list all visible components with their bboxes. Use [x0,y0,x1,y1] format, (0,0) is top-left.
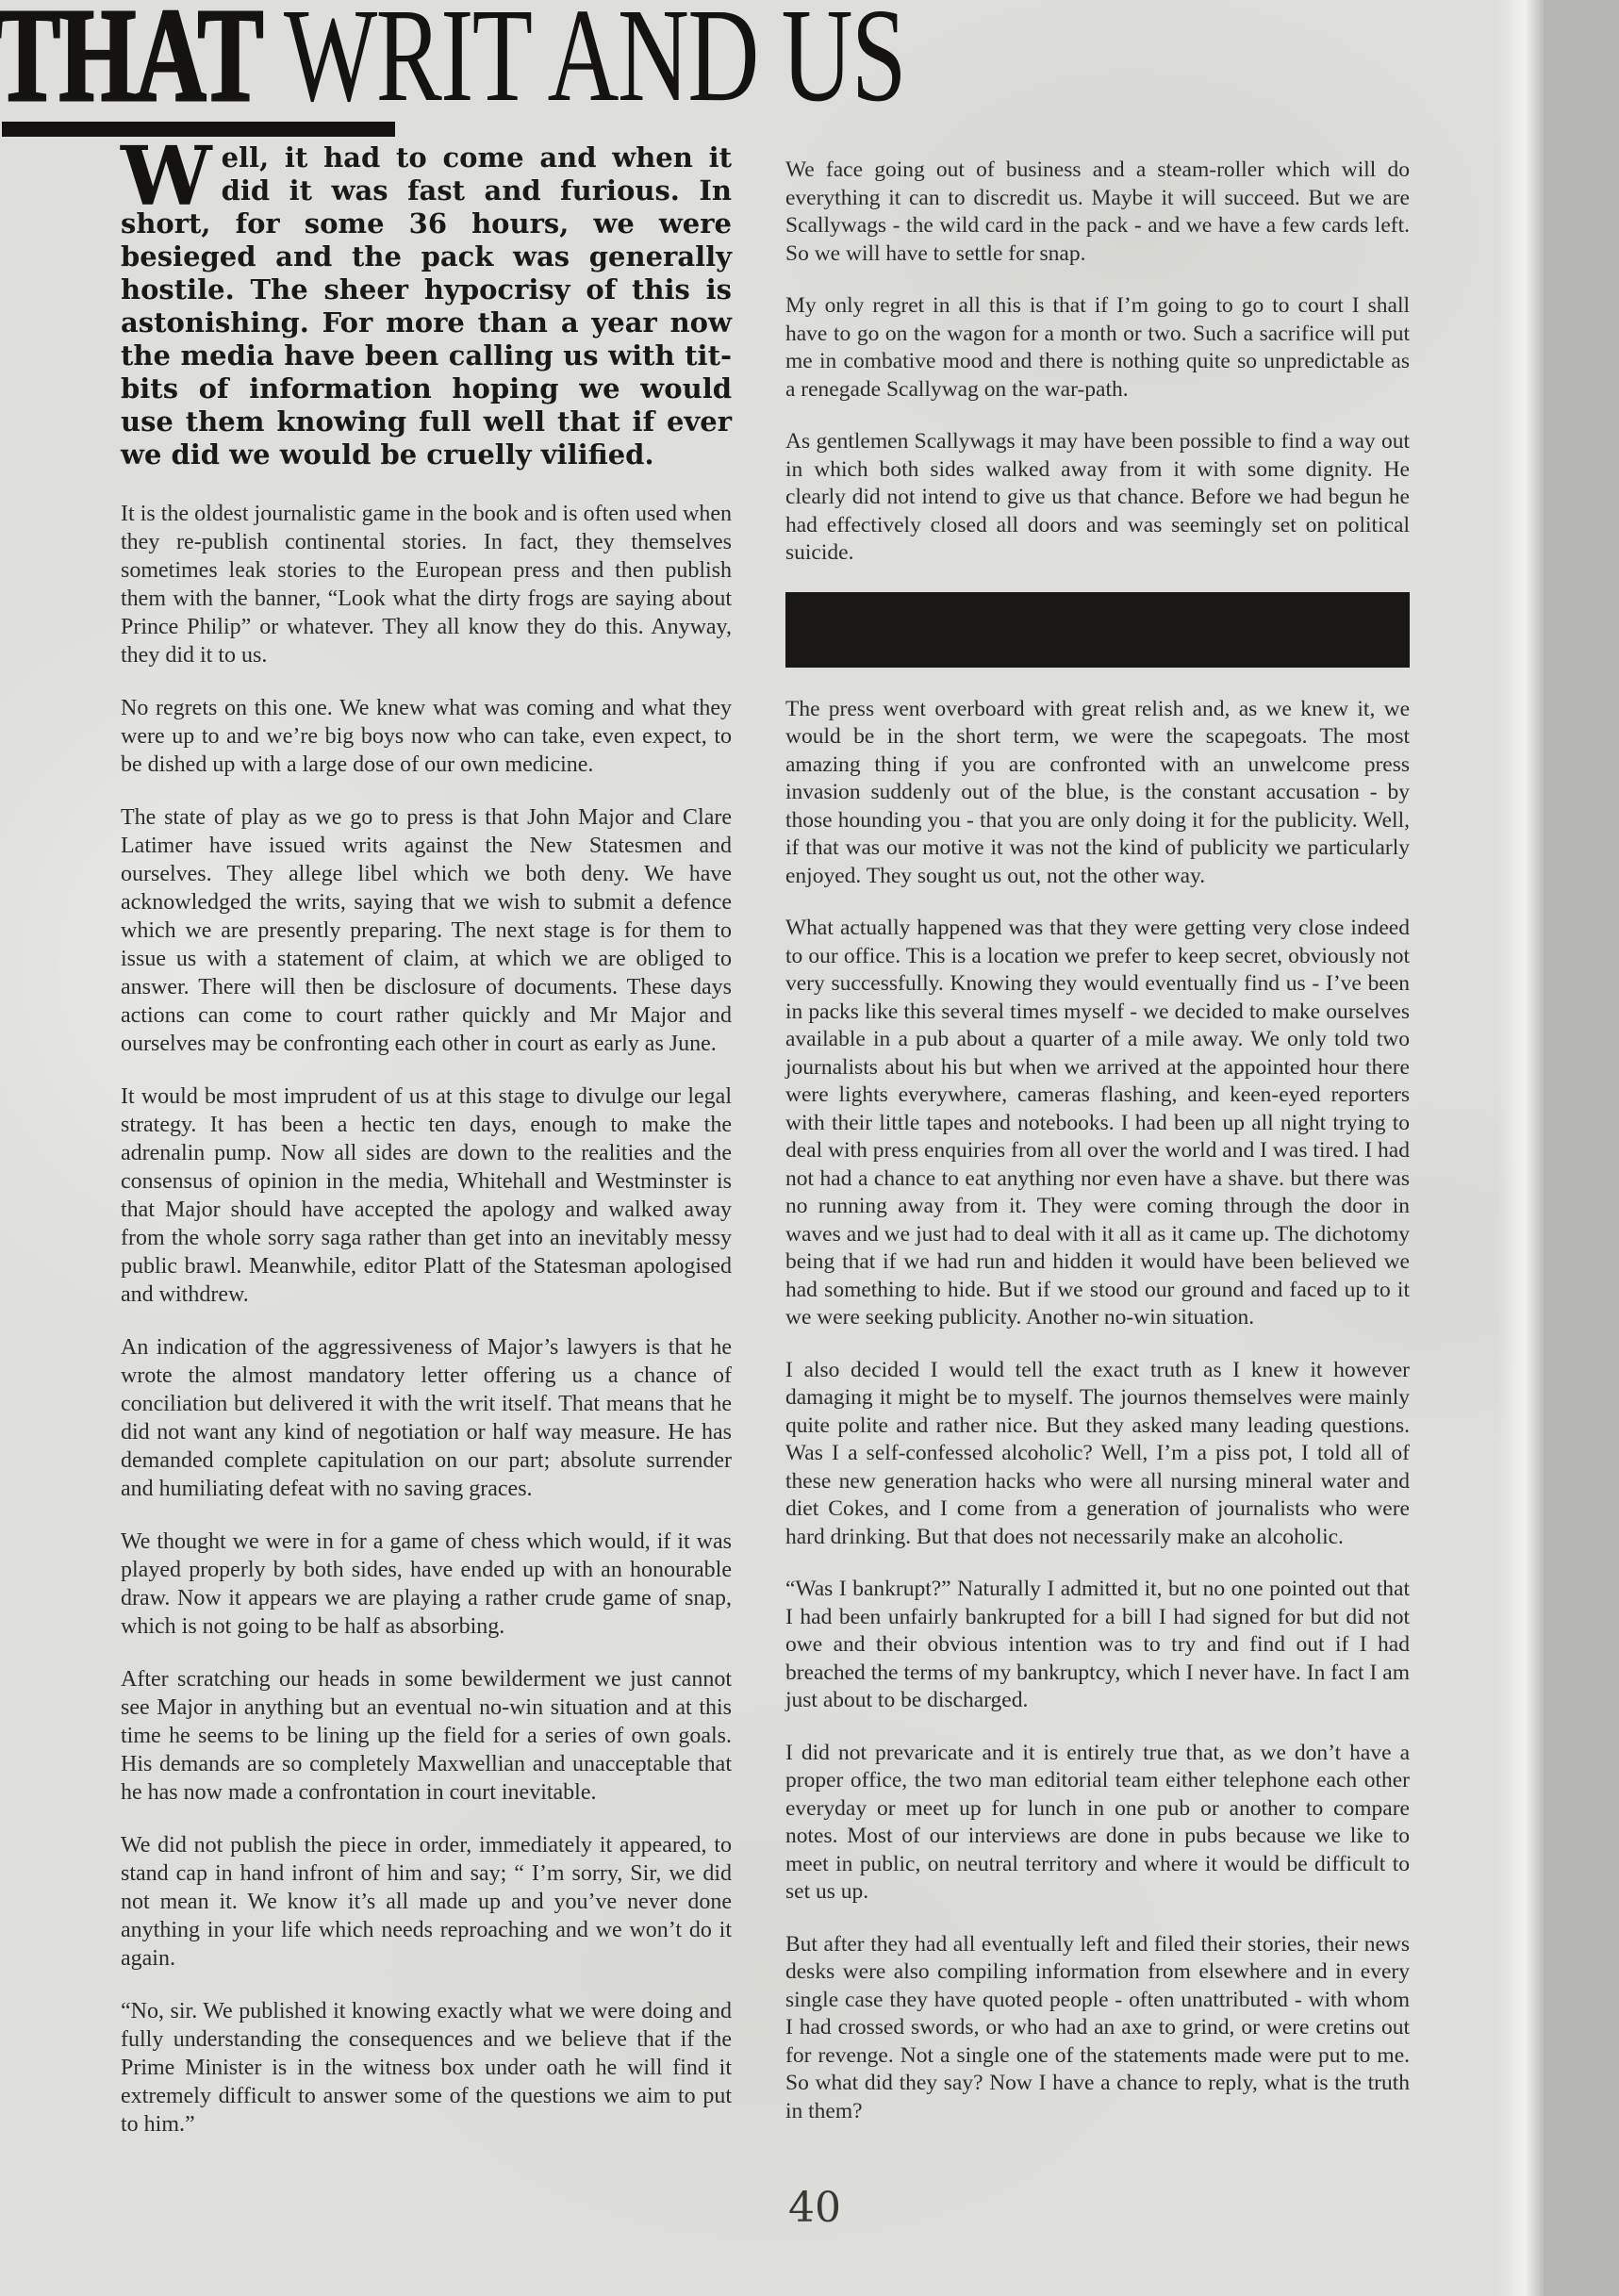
left-paragraph-list: It is the oldest journalistic game in th… [121,500,732,2139]
paragraph: As gentlemen Scallywags it may have been… [785,428,1410,568]
paragraph: An indication of the aggressiveness of M… [121,1333,732,1503]
headline-underlined-word: THAT [0,0,262,129]
paragraph: “Was I bankrupt?” Naturally I admitted i… [785,1576,1410,1715]
paragraph: We face going out of business and a stea… [785,157,1410,268]
dropcap: W [121,141,222,206]
paragraph: I did not prevaricate and it is entirely… [785,1740,1410,1907]
paragraph: No regrets on this one. We knew what was… [121,694,732,779]
headline-rest: WRIT AND US [262,0,905,129]
paragraph: “No, sir. We published it knowing exactl… [121,1997,732,2139]
paragraph: I also decided I would tell the exact tr… [785,1357,1410,1552]
redaction-bar [785,592,1410,668]
page-edge-highlight [1498,0,1545,2296]
paragraph: The state of play as we go to press is t… [121,803,732,1058]
scanner-background-strip [1544,0,1619,2296]
paragraph: But after they had all eventually left a… [785,1931,1410,2126]
headline: THAT WRIT AND US [0,0,905,125]
paragraph: We thought we were in for a game of ches… [121,1528,732,1641]
right-paragraphs-after-redaction: The press went overboard with great reli… [785,696,1410,2126]
paragraph: We did not publish the piece in order, i… [121,1831,732,1973]
intro-paragraph: Well, it had to come and when it did it … [121,141,732,471]
page-number: 40 [788,2184,841,2232]
paragraph: After scratching our heads in some bewil… [121,1665,732,1807]
right-column: We face going out of business and a stea… [785,157,1410,2150]
paragraph: It is the oldest journalistic game in th… [121,500,732,669]
right-paragraphs-before-redaction: We face going out of business and a stea… [785,157,1410,568]
left-column: Well, it had to come and when it did it … [121,141,732,2163]
paragraph: What actually happened was that they wer… [785,915,1410,1332]
paragraph: My only regret in all this is that if I’… [785,292,1410,404]
paragraph: The press went overboard with great reli… [785,696,1410,891]
paragraph: It would be most imprudent of us at this… [121,1082,732,1309]
